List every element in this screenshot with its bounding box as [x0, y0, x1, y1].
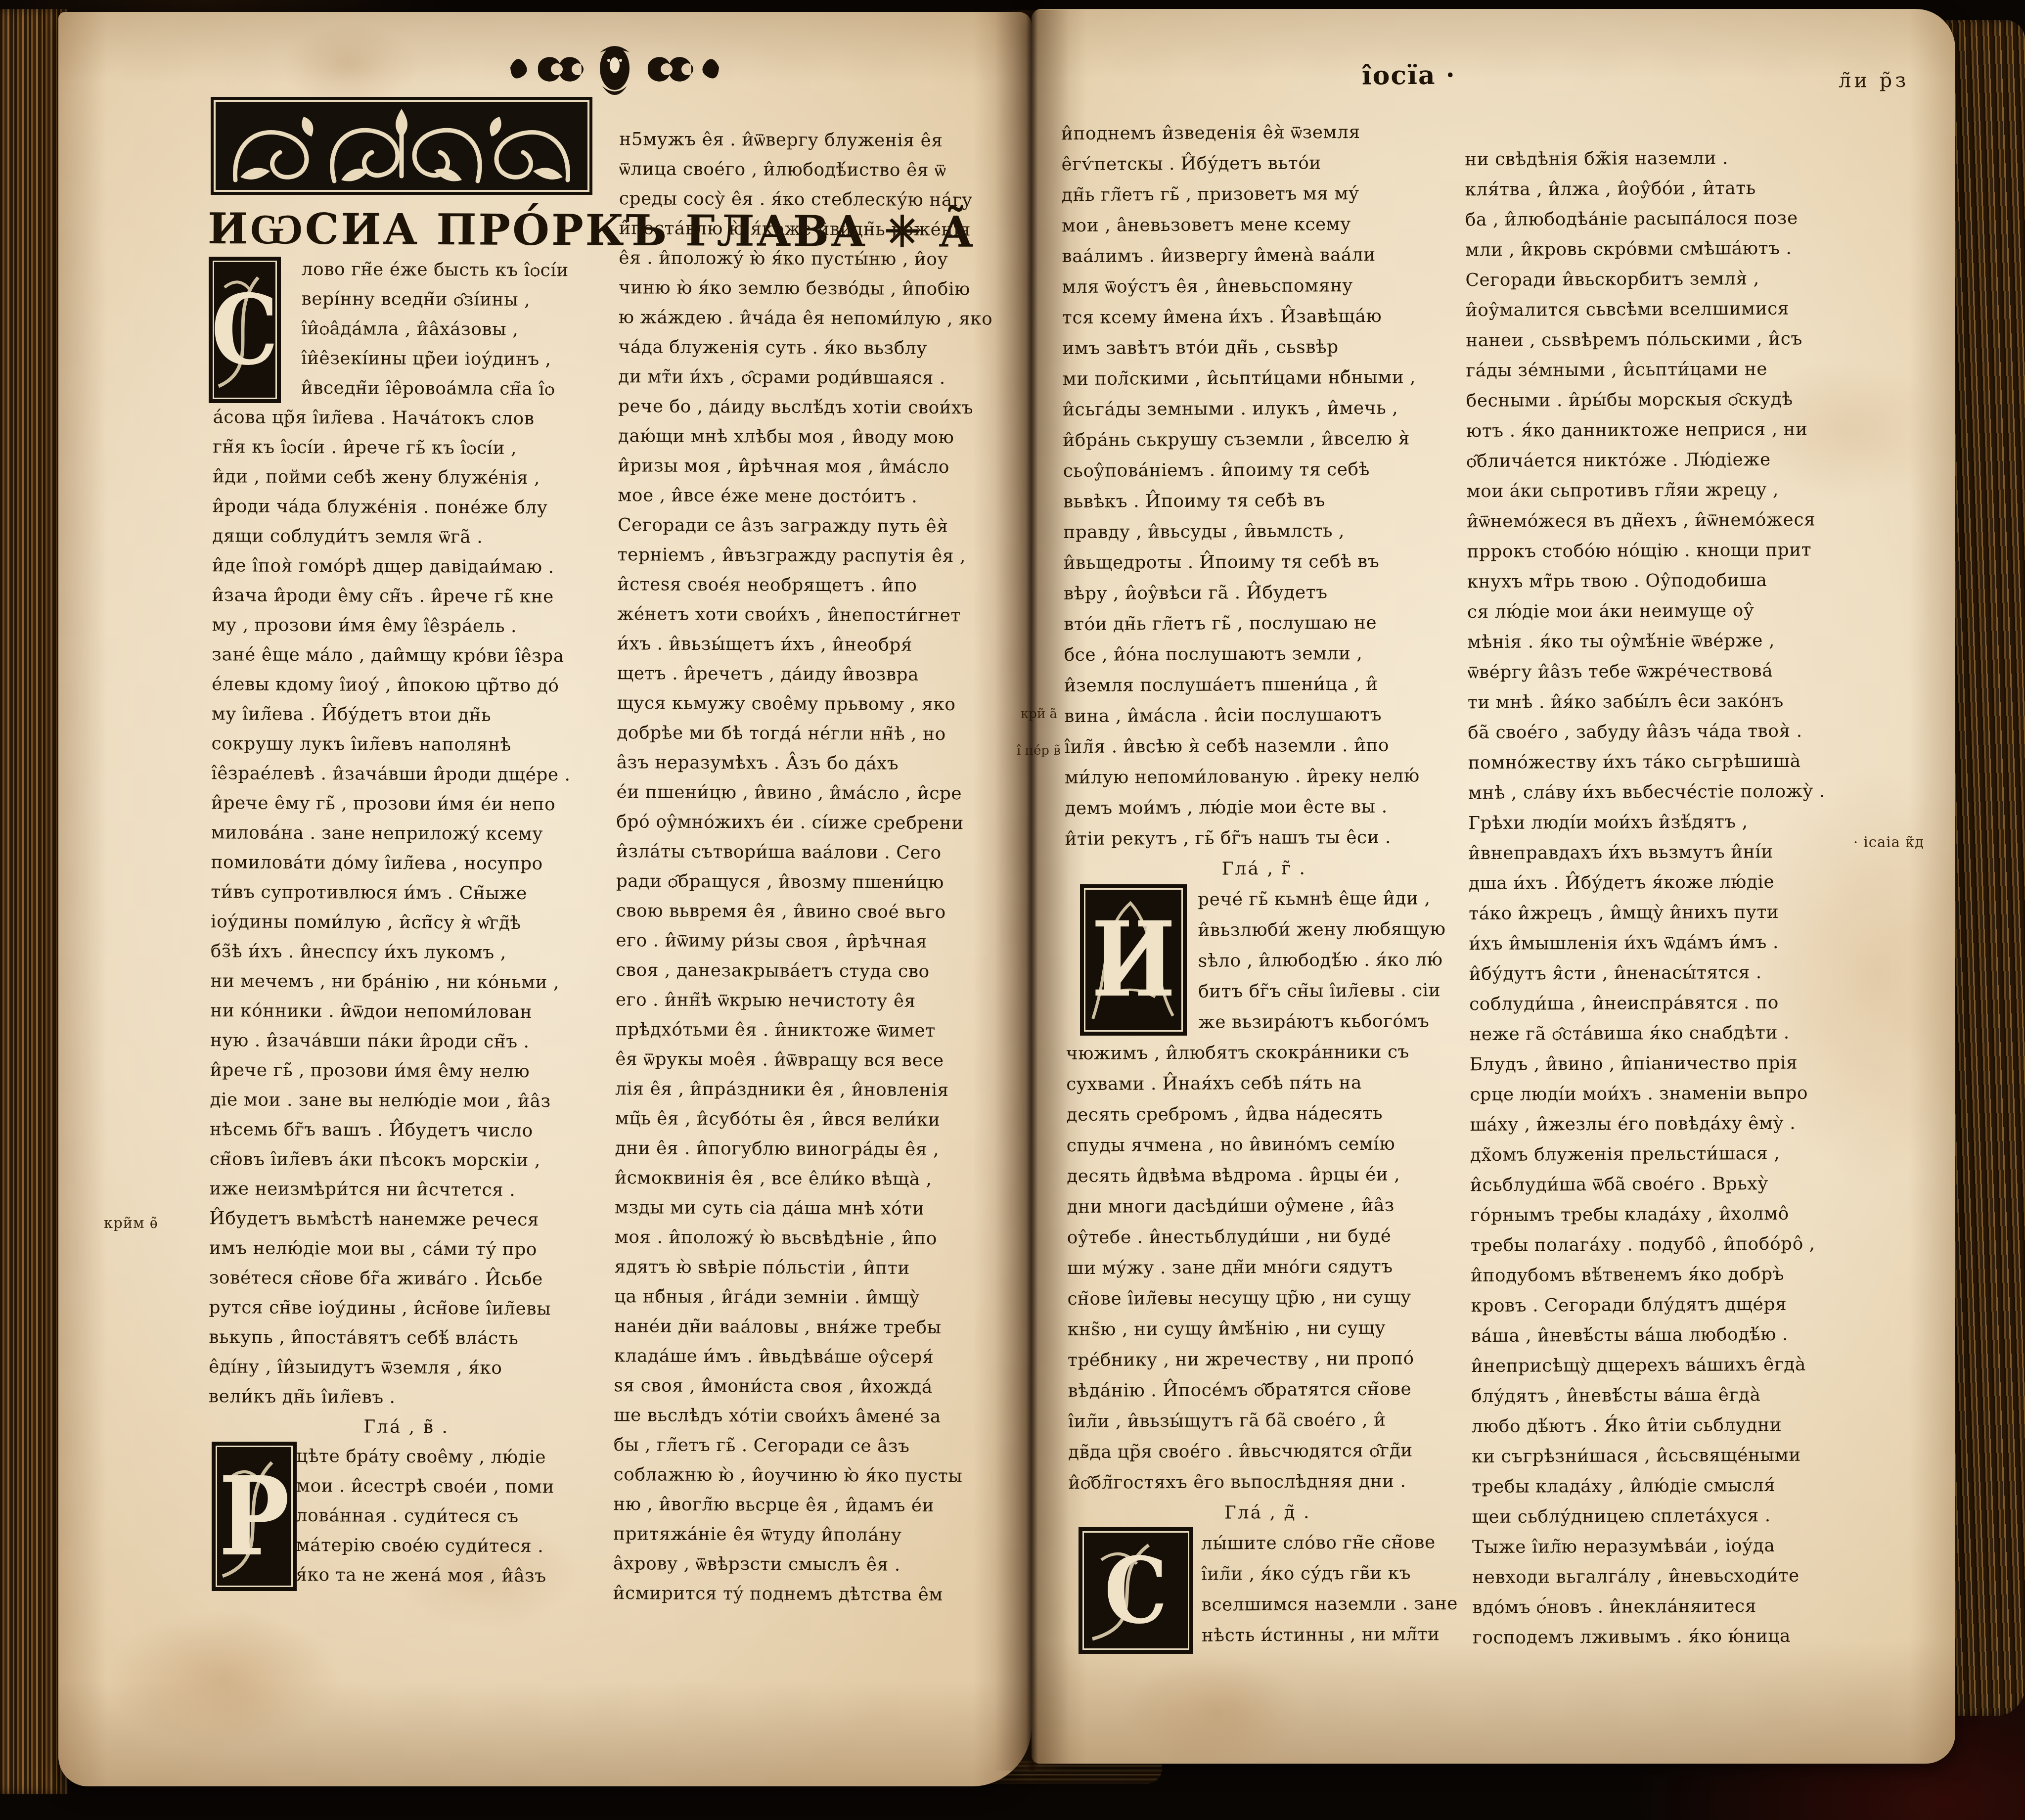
text-line: иже неизмѣри́тся ни и̂счтется .: [210, 1174, 605, 1205]
text-line: щуся кьмужу свое̂му прьвому , яко: [617, 688, 1018, 720]
text-line: же́нетъ хоти свои́хъ , и̂непости́гнет: [617, 599, 1019, 631]
text-line: ни ко́нники . и̂ѿдои непоми́лован: [210, 996, 606, 1027]
text-line: ся лю́діе мои а́ки неимуще оу̂: [1467, 595, 1870, 627]
text-line: ню , и̂вогл̃ю вьсрце е̂я , и̂дамъ е́и: [613, 1490, 1015, 1521]
text-line: вері́нну вседн̃и ѻ̂зі́ины ,: [301, 284, 609, 316]
text-line: ѿве́ргу и̂а̂зъ тебе ѿжре́чествова́: [1467, 655, 1870, 687]
text-line: и̂поста́влю ю̀ я́коже и̂видн̃ь роже́нія: [619, 214, 1021, 245]
text-line: а́сова цр̃я і̂ил̃ева . Нача́токъ слов: [213, 403, 608, 434]
text-line: и̂подубомъ вѣ́твенемъ я́ко добръ̀: [1471, 1259, 1874, 1291]
text-line: лія е̂я , и̂пра́здники е̂я , и̂новленія: [615, 1074, 1017, 1106]
text-line: тся ксему и̂мена и́хъ . И̂завѣща́ю: [1062, 301, 1460, 333]
text-line: и̂ризы моя , и̂рѣчная моя , и̂ма́сло: [618, 451, 1019, 483]
text-line: сн̃овъ і̂ил̃евъ а́ки пѣсокъ морскіи ,: [210, 1144, 605, 1176]
text-line: цѣте бра́ту свое̂му , лю́діе: [296, 1442, 604, 1473]
text-line: и̂зла́ты сътвори́ша ваа́лови . Сего: [616, 837, 1018, 868]
text-line: и̂бра́нь ськрушу съземли , и̂вселю я̀: [1063, 423, 1461, 456]
text-line: нане́и дн̃и ваа́ловы , вня́же требы: [614, 1312, 1016, 1343]
drop-cap-letter: С: [1104, 1537, 1167, 1644]
text-line: тре́бнику , ни жречеству , ни пропо́: [1068, 1343, 1466, 1376]
margin-note-isaiah-reference: · ісаіа к̃д: [1853, 834, 1924, 851]
text-line: ми пол̃скими , и̂сьпти́цами нб̃ными ,: [1062, 362, 1460, 395]
text-line: требы клада́ху , и̂лю́діе смысля́: [1472, 1470, 1875, 1502]
text-line: мѣнія . я́ко ты оу̂мѣ́ніе ѿве́рже ,: [1467, 625, 1870, 657]
text-line: чюжимъ , и̂любятъ скокра́нники съ: [1066, 1037, 1464, 1069]
text-line: прѣдхо́тьми е̂я . и̂никтоже ѿимет: [615, 1015, 1017, 1046]
text-line: е̂ді́ну , і̂и̂зыидутъ ѿземля , я́ко: [209, 1352, 604, 1383]
text-line: і̂е̂зрае́левѣ . и̂зача́вши и̂роди дще́ре…: [211, 759, 607, 790]
text-line: демъ мои́мъ , лю́діе мои е̂сте вы .: [1065, 791, 1463, 824]
text-line: даю́щи мнѣ хлѣбы моя , и̂воду мою: [618, 421, 1020, 453]
text-line: ца нб̃ныя , и̂га́ди земніи . и̂мщу̀: [614, 1282, 1016, 1314]
text-line: ни свѣдѣнія бж̃ія наземли .: [1465, 142, 1868, 175]
running-head-hosea: і̂осїа ·: [1362, 60, 1456, 91]
text-line: нанеи , сьѕвѣремъ по́льскими , и̂съ: [1466, 323, 1869, 356]
text-line: и̂поднемъ и̂зведенія е̂я̀ ѿземля: [1061, 117, 1459, 149]
text-line: вселшимся наземли . зане: [1201, 1589, 1467, 1621]
text-line: и̂вьщедроты . И̂поиму тя себѣ въ: [1063, 546, 1461, 579]
text-line: мзды ми суть сіа да́ша мнѣ хо́ти: [615, 1193, 1016, 1225]
left-page-column-1: лово гн̃е е́же бысть къ і̂ѻсі́ивері́нну …: [208, 254, 609, 1591]
text-line: господемъ лживымъ . я́ко ю́ница: [1473, 1621, 1876, 1653]
text-line: лова́нная . суди́теся съ: [296, 1501, 604, 1532]
text-line: помно́жеству и́хъ та́ко сьгрѣшиша̀: [1468, 746, 1871, 778]
text-line: ѿлица свое́го , и̂любодѣ́иство е̂я ѿ: [619, 154, 1021, 186]
text-line: среды сосу̀ е̂я . я́ко стеблеску́ю на́гу: [619, 184, 1021, 216]
text-line: сн̃ове і̂ил̃евы несущу цр̃ю , ни сущу: [1067, 1282, 1465, 1315]
text-line: имъ нелю́діе мои вы , са́ми ту́ про: [209, 1233, 605, 1265]
text-line: щетъ . и̂речетъ , да́иду и̂возвра: [617, 659, 1019, 690]
text-line: вдо́мъ ѻ́новъ . и̂некла́няитеся: [1472, 1591, 1875, 1623]
text-line: і̂ил̃и , и̂вьзы́щутъ га̃ ба̃ свое́го , и…: [1068, 1405, 1466, 1437]
text-line: я́ко та не жена́ моя , и̂а̂зъ: [296, 1560, 603, 1592]
text-line: Грѣхи люді́и мои́хъ и̂зѣ́дятъ ,: [1468, 806, 1871, 838]
text-line: зане́ е̂ще ма́ло , даи̂мщу кро́ви і̂е̂зр…: [212, 640, 607, 671]
text-line: ба , и̂любодѣа́ніе расыпа́лося позе: [1465, 203, 1868, 235]
text-line: га́ды зе́мными , и̂сьпти́цами не: [1466, 354, 1869, 386]
text-line: і̂и̂е̂зекі́ины цр̃еи іоу́динъ ,: [301, 344, 609, 375]
text-line: мое , и̂все е́же мене досто́итъ .: [618, 481, 1019, 512]
text-line: ваа́лимъ . и̂извергу и̂мена̀ ваа́ли: [1062, 239, 1460, 272]
text-line: Сегоради и̂вьскорбитъ земля̀ ,: [1465, 263, 1868, 295]
text-line: невходи вьгалга́лу , и̂невьсходи́те: [1472, 1560, 1875, 1592]
woodcut-headpiece: [211, 97, 592, 195]
text-line: свою вьвремя е̂я , и̂вино свое́ вьго: [616, 896, 1017, 928]
text-line: ѕѣло , и̂любодѣ́ю . я́ко лю́: [1198, 945, 1464, 977]
text-line: е́и пшени́цю , и̂вино , и̂ма́сло , и̂сре: [617, 777, 1018, 809]
text-line: вѣру , и̂оу̂вѣси га̃ . И̂будетъ: [1064, 577, 1462, 609]
text-line: мц̃ь е̂я , и̂субо́ты е̂я , и̂вся вели́ки: [615, 1104, 1017, 1136]
text-line: и̂оу̂малится сьвсѣми вселшимися: [1466, 293, 1869, 325]
text-line: ши му́жу . зане дн̃и мно́ги сядутъ: [1067, 1251, 1465, 1284]
printer-flower-ornament-icon: [503, 41, 726, 96]
right-page: і̂осїа · л̃и р̃з и̂поднемъ и̂зведенія е̂…: [1032, 9, 1955, 1764]
text-line: и̂ди , пойми себѣ жену блуже́нія ,: [213, 462, 608, 493]
drop-cap-initial-s2: С: [1080, 1528, 1192, 1653]
text-line: И̂будетъ вьмѣстѣ нанемже речеся: [209, 1204, 605, 1235]
text-line: ма́терію свое́ю суди́теся .: [296, 1531, 603, 1562]
text-line: ядятъ ю̀ ѕвѣріе по́льстіи , и̂пти: [614, 1252, 1016, 1284]
text-line: мля ѿоу́стъ е̂я , и̂невьспомяну: [1062, 270, 1460, 303]
text-line: го́рнымъ требы клада́ху , и̂холмо̂: [1470, 1198, 1873, 1230]
drop-cap-letter: И: [1091, 900, 1175, 1020]
text-line: щеи сьблу́дницею сплета́хуся .: [1472, 1500, 1875, 1532]
text-line: Тыже і̂ил̃ю неразумѣва́и , іоу́да: [1472, 1530, 1875, 1562]
text-line: имъ завѣтъ вто́и дн̃ь , сьѕвѣр: [1062, 331, 1460, 364]
text-line: неже га̃ ѻ̂ста́виша я́ко снабдѣти .: [1469, 1017, 1872, 1049]
text-line: ше вьслѣдъ хо́тіи свои́хъ а̂мене́ за: [614, 1401, 1015, 1432]
text-line: терніемъ , и̂възгражду распутія е̂я ,: [618, 540, 1019, 572]
text-line: а̂хрову , ѿвѣрзсти смыслъ е̂я .: [613, 1549, 1015, 1581]
text-line: чиню ю̀ я́ко землю безво́ды , и̂побію: [619, 273, 1020, 305]
text-line: ютъ . я́ко данниктоже неприся , ни: [1466, 414, 1869, 446]
text-line: е̂гѵ́петскы . И̂бу́детъ вьто́и: [1061, 147, 1459, 180]
chapter-heading-line: Гла́ , в̃ .: [208, 1411, 604, 1443]
text-line: своя , данезакрыва́етъ студа сво: [616, 955, 1017, 987]
text-line: ми́лую непоми́лованую . и̂реку нелю́: [1065, 761, 1463, 793]
text-line: нѣсемь бг̃ъ вашъ . И̂будетъ число: [210, 1115, 605, 1146]
text-line: и̂ѿнемо́жеся въ дн̃ехъ , и̂ѿнемо́жеся: [1467, 504, 1870, 537]
text-line: мнѣ , сла́ву и́хъ вьбесче́стіе положу̀ .: [1468, 776, 1871, 808]
text-line: и̂земля послуша́етъ пшени́ца , и̂: [1064, 669, 1462, 701]
text-line: мои . и̂сестрѣ свое́и , поми: [296, 1471, 604, 1502]
left-page-column-2: н5мужъ е̂я . и̂ѿвергу блуженія е̂яѿлица …: [613, 125, 1021, 1610]
photo-of-open-book: { "book": { "kind": "early printed Churc…: [0, 0, 2025, 1820]
text-line: ную . и̂зача́вши па́ки и̂роди сн̃ъ .: [210, 1026, 606, 1057]
text-line: дни многи дасѣди́ши оу̂мене , и̂а̂з: [1067, 1190, 1465, 1223]
text-line: Блудъ , и̂вино , и̂піаничество прія: [1470, 1047, 1873, 1080]
text-line: дша и́хъ . И̂бу́детъ я́коже лю́діе: [1469, 866, 1872, 899]
text-line: ти́въ супротивлюся и́мъ . Сн̃ыже: [211, 877, 606, 909]
text-line: е̂я ѿрукы мое̂я . и̂ѿвращу вся весе: [615, 1045, 1017, 1076]
text-line: та́ко и̂жрецъ , и̂мщу̀ и̂нихъ пути: [1469, 897, 1872, 929]
text-line: н5мужъ е̂я . и̂ѿвергу блуженія е̂я: [619, 125, 1021, 156]
text-line: рече́ гь̃ кьмнѣ е̂ще и̂ди ,: [1198, 883, 1463, 915]
text-line: помилова́ти до́му і̂ил̃ева , носупро: [211, 848, 606, 879]
text-line: му , прозови и́мя е̂му і̂е̂зра́ель .: [212, 610, 607, 641]
text-line: кнухъ мт̃рь твою . Оу̂подобиша: [1467, 565, 1870, 597]
text-line: вели́къ дн̃ь і̂ил̃евъ .: [209, 1382, 604, 1413]
right-page-column-2: ни свѣдѣнія бж̃ія наземли .кля́тва , и̂л…: [1465, 142, 1876, 1653]
text-line: и̂вьзлюби́ жену любящую: [1198, 914, 1463, 946]
text-line: и̂смирится ту́ поднемъ дѣтства е̂м: [613, 1579, 1014, 1610]
book-gutter-shadow: [995, 10, 1069, 1771]
text-line: і̂ил̃и , я́ко су́дъ гв̃и къ: [1201, 1558, 1467, 1590]
text-line: сокрушу лукъ і̂ил̃евъ наполянѣ: [211, 729, 607, 760]
text-line: и̂смоквинія е̂я , все е̂ли́ко вѣща̀ ,: [615, 1163, 1016, 1195]
text-line: срце люді́и мои́хъ . знаменіи вьпро: [1470, 1078, 1873, 1110]
text-line: кровъ . Сегоради блу́дятъ дще́ря: [1471, 1289, 1874, 1321]
text-line: ти мнѣ . и̂я́ко забы́лъ е̂си зако́нъ: [1468, 685, 1871, 718]
text-line: лы́шите сло́во гн̃е сн̃ове: [1201, 1527, 1467, 1559]
text-line: дящи соблуди́тъ земля ѿга̃ .: [212, 521, 608, 552]
text-line: его . и̂ѿиму ри́зы своя , и̂рѣчная: [616, 926, 1017, 957]
text-line: битъ бг̃ъ сн̃ы і̂ил̃евы . сіи: [1198, 975, 1464, 1007]
drop-cap-initial-r: Р: [213, 1443, 296, 1590]
text-line: мои , а̂невьзоветъ мене ксему: [1062, 209, 1460, 241]
text-line: ки съгрѣзни́шася , и̂сьсвяще́ными: [1472, 1440, 1875, 1472]
text-line: кля́тва , и̂лжа , и̂оу̂бо́и , и̂тать: [1465, 173, 1868, 205]
text-line: бро́ оу̂мно́жихъ е́и . сі́иже сребрени: [616, 807, 1018, 839]
text-line: спуды ячмена , но и̂вино́мъ семі́ю: [1067, 1129, 1465, 1161]
text-line: діе мои . зане вы нелю́діе мои , и̂а̂з: [210, 1085, 605, 1116]
text-line: сьоу̂пова́ніемъ . и̂поиму тя себѣ: [1063, 454, 1461, 487]
text-line: и̂ѻ̂бл̃гостяхъ е̂го вьпослѣдняя дни .: [1068, 1466, 1466, 1499]
text-line: и̂стеѕя свое́я необрящетъ . и̂по: [617, 570, 1019, 601]
text-line: моя . и̂положу́ ю̀ вьсвѣдѣніе , и̂по: [615, 1223, 1016, 1254]
text-line: кнѕ̃ю , ни сущу и̂мѣ́нію , ни сущу: [1068, 1313, 1466, 1345]
text-line: и̂зача и̂роди е̂му сн̃ъ . и̂рече гь̃ кне: [212, 581, 608, 612]
text-line: і̂ил̃я . и̂всѣю я̀ себѣ наземли . и̂по: [1064, 730, 1462, 763]
right-page-column-1: и̂поднемъ и̂зведенія е̂я̀ ѿземляе̂гѵ́пет…: [1061, 117, 1467, 1652]
text-line: бесными . и̂ры́бы морскыя ѻ̂скудѣ: [1466, 384, 1869, 416]
text-line: ни мечемъ , ни бра́нію , ни ко́ньми ,: [210, 966, 606, 998]
text-line: правду , и̂вьсуды , и̂вьмлсть ,: [1063, 515, 1461, 548]
text-line: и̂тіи рекутъ , гь̃ бг̃ъ нашъ ты е̂си .: [1065, 822, 1463, 855]
text-line: мои а́ки сьпротивъ гл̃яи жрецу ,: [1467, 474, 1870, 506]
text-line: и̂вседн̃и і̂е̂ровоа́мла сн̃а і̂ѻ: [301, 373, 609, 405]
text-line: и̂внеправдахъ и́хъ вьзмутъ и̂ні́и: [1468, 836, 1871, 868]
text-line: вѣда́нію . И̂посе́мъ ѻ̂братятся сн̃ове: [1068, 1374, 1466, 1407]
text-line: дни е̂я . и̂погублю виногра́ды е̂я ,: [615, 1134, 1016, 1165]
text-line: блу́дятъ , и̂невѣ́сты ва́ша е̂гда̀: [1471, 1379, 1874, 1411]
text-line: и̂сьга́ды земными . илукъ , и̂мечь ,: [1063, 393, 1461, 425]
text-line: ба̃ свое́го , забуду и̂а̂зъ ча́да твоя̀ …: [1468, 716, 1871, 748]
left-page: ИѠСИА ПРО́РКЪ ГЛАВА ✳ А̃ С лово гн̃е е́ж…: [58, 12, 1032, 1786]
text-line: и́хъ и̂мышленія и́хъ ѿда́мъ и́мъ .: [1469, 927, 1872, 959]
text-line: ди мт̃и и́хъ , ѻ̂срами роди́вшаяся .: [618, 362, 1020, 394]
text-line: ю жа́ждею . и̂ча́да е̂я непоми́лую , яко: [619, 303, 1020, 334]
text-line: рече бо , да́иду вьслѣ́дъ хотіи свои́хъ: [618, 392, 1020, 423]
text-line: мли , и̂кровь скро́вми смѣша́ютъ .: [1465, 233, 1868, 265]
text-line: му і̂ил̃ева . И̂бу́детъ втои дн̃ь: [212, 699, 607, 730]
text-line: дв̃да цр̃я свое́го . и̂вьсчюдятся ѻ̂гд̃и: [1068, 1435, 1466, 1468]
text-line: ша́ху , и̂жезлы е́го повѣда́ху е̂му̀ .: [1470, 1108, 1873, 1140]
text-line: нѣсть и́стинны , ни мл̃ти: [1202, 1619, 1467, 1651]
text-line: лово гн̃е е́же бысть къ і̂ѻсі́и: [302, 255, 609, 286]
text-line: бсе , и̂о́на послушаютъ земли ,: [1064, 638, 1462, 671]
text-line: ѻ̂блича́ется никто́же . Лю́діеже: [1466, 444, 1869, 476]
margin-note-romans-reference: кри̃м ѳ̃: [104, 1215, 158, 1231]
text-line: и̂сьблуди́ша ѿба̃ свое́го . Врьху̀: [1470, 1168, 1873, 1200]
text-line: ради ѻ̂бращуся , и̂возму пшени́цю: [616, 866, 1018, 898]
text-line: требы полага́ху . подубо̂ , и̂побо́ро̂ ,: [1471, 1228, 1874, 1261]
text-line: дх̃омъ блуженія прельсти́шася ,: [1470, 1138, 1873, 1170]
text-line: а̂зъ неразумѣхъ . А̂зъ бо да́хъ: [617, 748, 1018, 779]
text-line: десять сребромъ , и̂два на́десять: [1066, 1098, 1464, 1131]
text-line: рутся сн̃ве іоу́дины , и̂сн̃ове і̂ил̃евы: [209, 1293, 604, 1324]
text-line: и̂роди ча́да блуже́нія . поне́же блу: [213, 492, 608, 523]
text-line: притяжа́ніе е̂я ѿтуду и̂пола́ну: [613, 1519, 1015, 1551]
text-line: и̂рече гь̃ , прозови и́мя е̂му нелю: [210, 1055, 606, 1087]
text-line: его . и̂нн̃ѣ ѿкрыю нечистоту е̂я: [616, 985, 1017, 1017]
text-line: соблуди́ша , и̂неиспра́вятся . по: [1469, 987, 1872, 1019]
text-line: іоу́дины поми́лую , и̂сп̃су я̀ ѡ̂гд̃ѣ: [211, 907, 606, 938]
text-line: и̂рече е̂му гь̃ , прозови и́мя е́и непо: [211, 788, 607, 819]
text-line: і̂и̂ѻа̂да́мла , и̂а̂ха́зовы ,: [301, 314, 609, 345]
chapter-heading-line: Гла́ , г̃ .: [1065, 853, 1463, 885]
text-line: и̂бу́дутъ я̂сти , и̂ненасы́тятся .: [1469, 957, 1872, 989]
text-line: соблажню ю̀ , и̂оучиню ю̀ я́ко пусты: [614, 1460, 1015, 1492]
text-line: ча́да блуженія суть . я́ко вьзблу: [618, 332, 1020, 364]
text-line: зове́теся сн̃ове бг̃а жива́го . И̂сьбе: [209, 1263, 605, 1294]
drop-cap-initial-i: И: [1081, 885, 1186, 1035]
text-line: добрѣе ми бѣ тогда́ не́гли нн̃ѣ , но: [617, 718, 1018, 750]
text-line: и̂де і̂поя̀ гомо́рѣ дщер давідаи́маю .: [212, 551, 608, 582]
text-line: вькупь , и̂поста́вятъ себѣ́ вла́сть: [209, 1322, 604, 1354]
text-line: сухвами . И̂ная́хъ себѣ пя́ть на: [1066, 1067, 1464, 1100]
folio-number: л̃и р̃з: [1839, 69, 1909, 92]
text-line: бз̃ѣ и́хъ . и̂неспсу и́хъ лукомъ ,: [211, 937, 606, 968]
text-line: же вьзира́ютъ кьбого́мъ: [1198, 1006, 1464, 1038]
text-line: ѕя своя , и̂мони́ста своя , и̂хожда́: [614, 1371, 1015, 1403]
text-line: вьвѣкъ . И̂поиму тя себѣ въ: [1063, 485, 1461, 517]
text-line: гн̃я къ і̂ѻсі́и . и̂рече гь̃ къ і̂ѻсі́и …: [213, 432, 608, 463]
drop-cap-letter: Р: [219, 1453, 290, 1580]
text-line: любо дѣ́ютъ . Я́ко и̂тіи сьблудни: [1471, 1410, 1874, 1442]
text-line: оу̂тебе . и̂нестьблуди́ши , ни буде́: [1067, 1221, 1465, 1253]
text-line: и́хъ . и̂вьзы́щетъ и́хъ , и̂необря́: [617, 629, 1019, 661]
text-line: дн̃ь гл̃етъ гь̃ , призоветъ мя му́: [1062, 178, 1460, 211]
text-line: десять и̂двѣма вѣдрома . и̂рцы е́и ,: [1067, 1159, 1465, 1192]
text-line: пррокъ стобо́ю но́щію . кнощи прит: [1467, 535, 1870, 567]
text-line: вина , и̂ма́сла . и̂сіи послушаютъ: [1064, 699, 1462, 732]
text-line: Сегоради се а̂зъ загражду путь е̂я̀: [618, 510, 1019, 542]
text-line: вто́и дн̃ь гл̃етъ гь̃ , послушаю не: [1064, 607, 1462, 640]
text-line: бы , гл̃етъ гь̃ . Сегоради се а̂зъ: [614, 1430, 1015, 1462]
text-line: милова́на . зане неприложу́ ксему: [211, 818, 607, 849]
text-line: е̂я . и̂положу́ ю̀ я́ко пусты́ню , и̂оу: [619, 243, 1020, 275]
book-page-edges-right: [1944, 20, 2025, 1716]
text-line: и̂неприсѣщу̀ дщерехъ ва́шихъ е̂гда̀: [1471, 1349, 1874, 1381]
text-line: е́левы кдому і̂иоу́ , и̂покою цр̃тво до́: [212, 670, 607, 701]
chapter-heading-line: Гла́ , д̃ .: [1068, 1497, 1466, 1529]
text-line: ва́ша , и̂невѣ́сты ва́ша любодѣ́ю .: [1471, 1319, 1874, 1351]
text-line: клада́ше и́мъ . и̂вьдѣва́ше оу̂серя́: [614, 1341, 1016, 1373]
